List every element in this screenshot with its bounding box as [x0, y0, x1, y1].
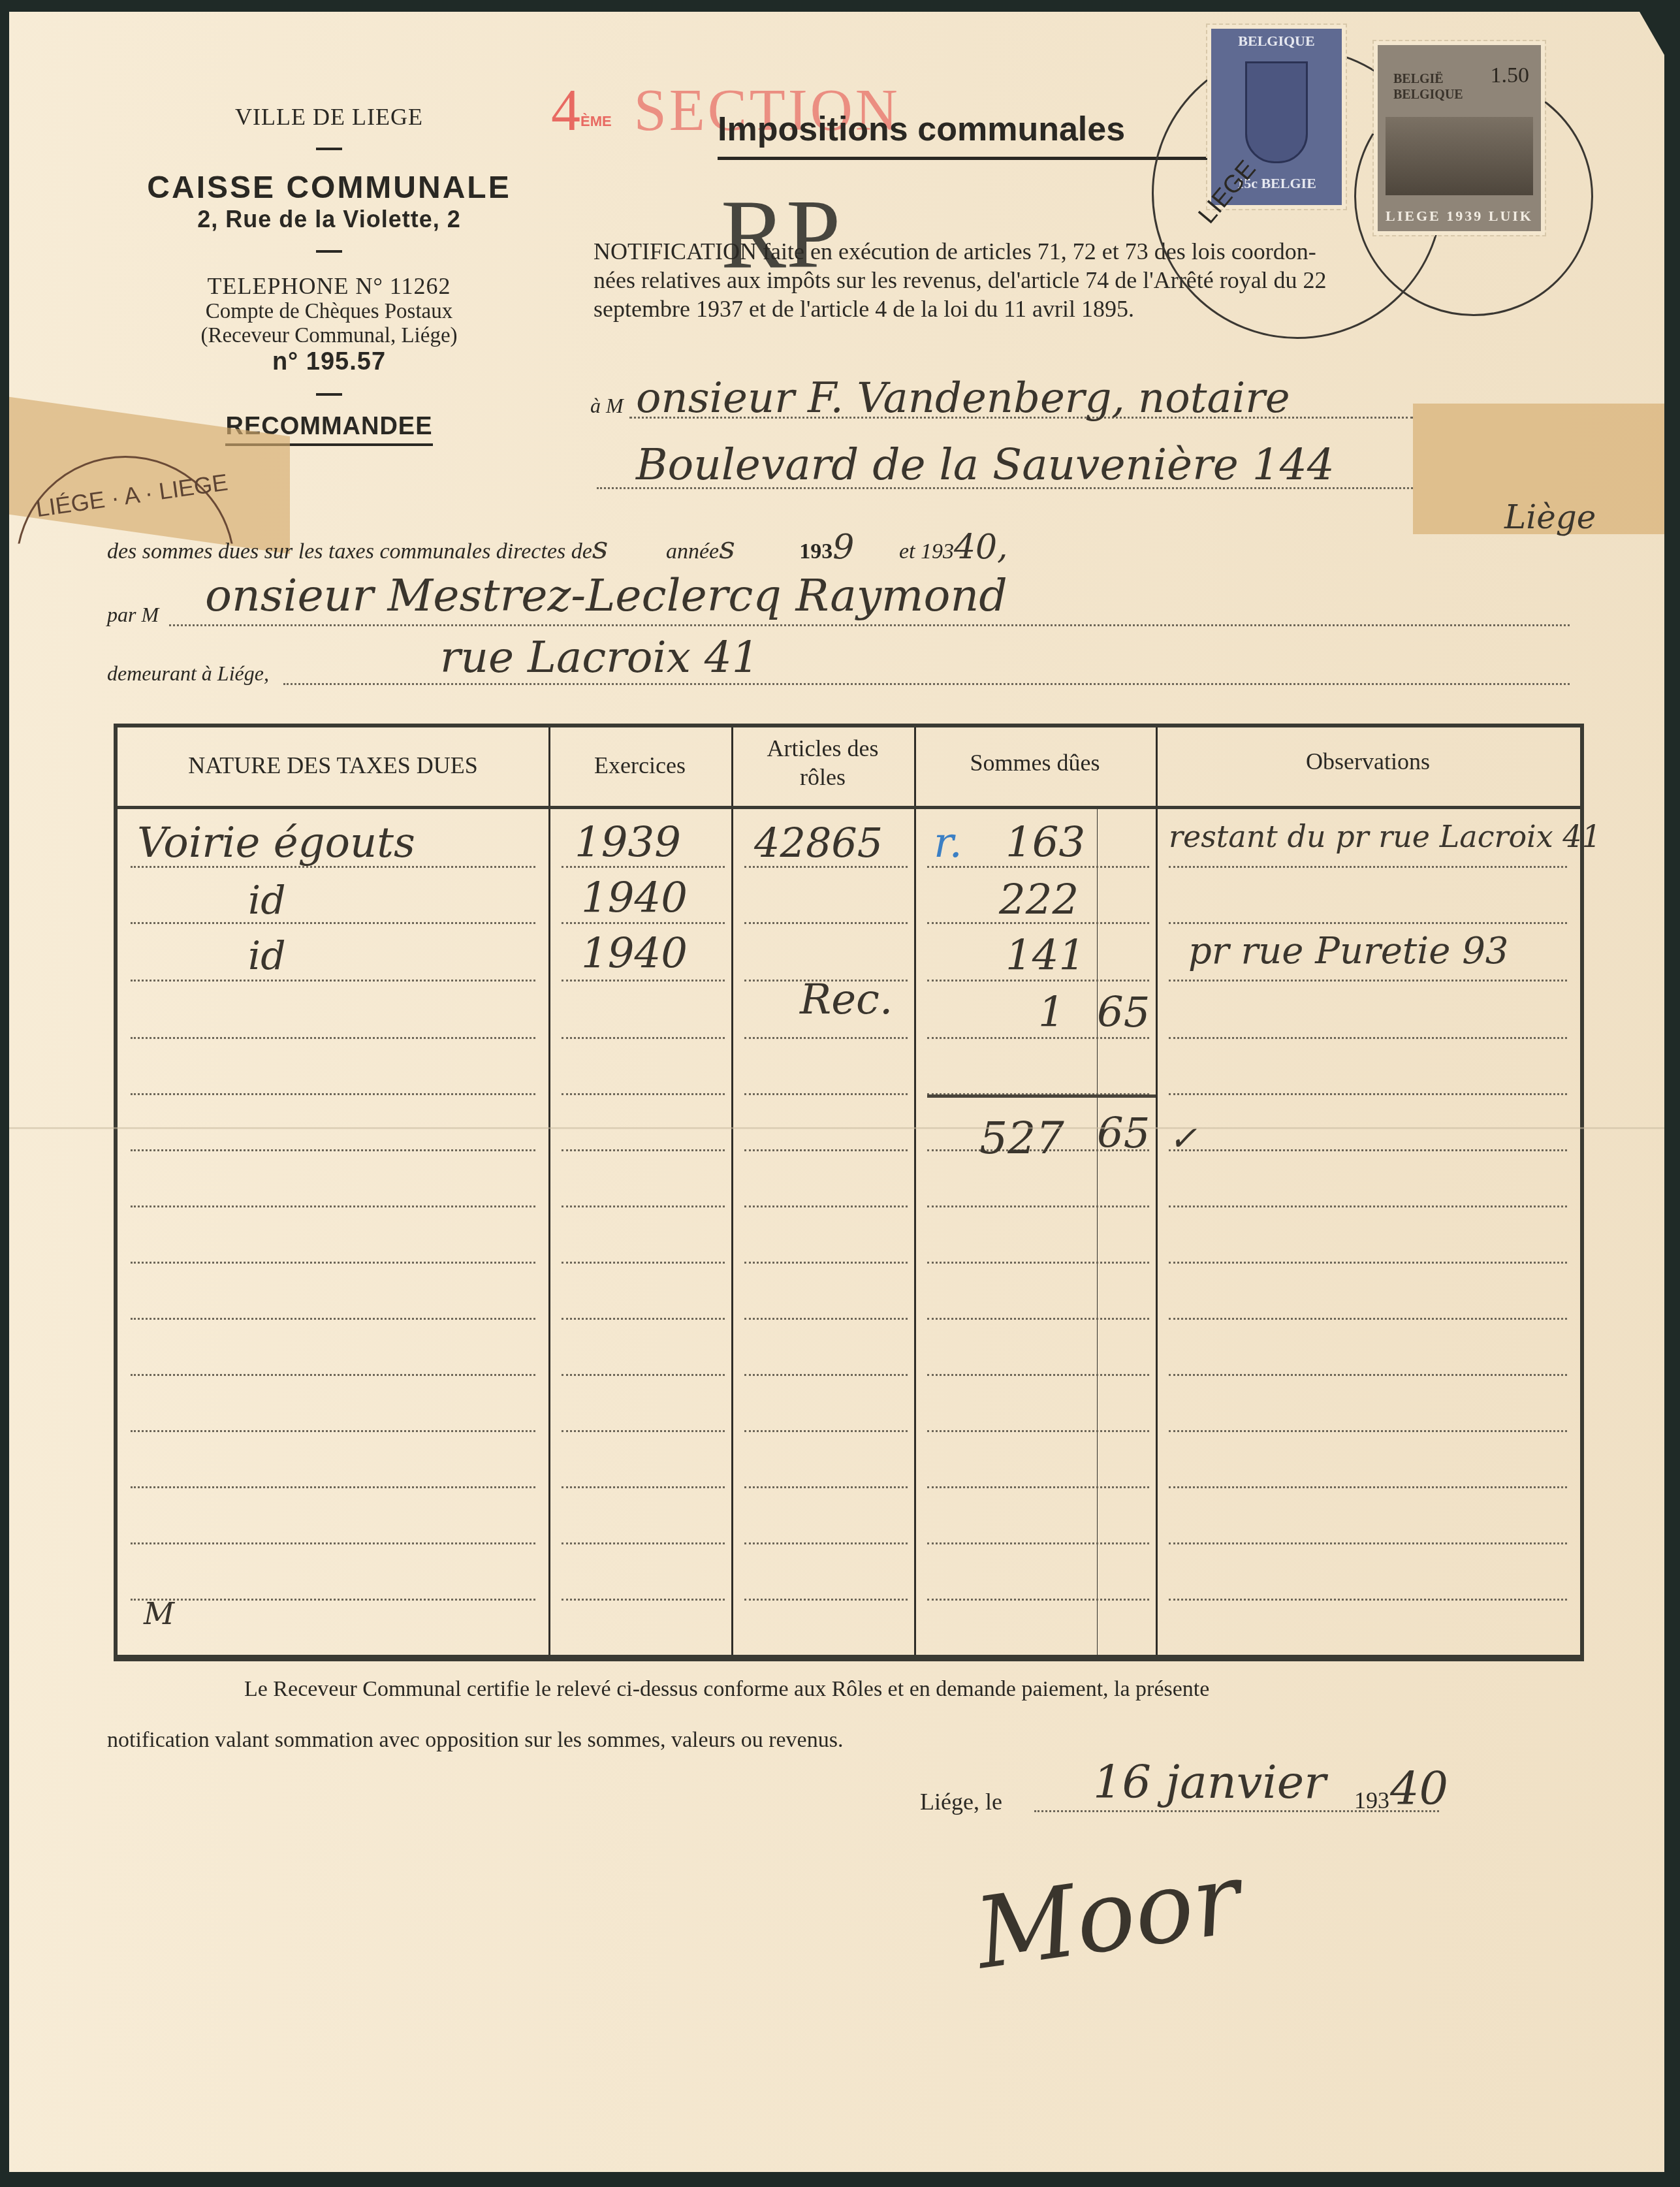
divider [316, 148, 342, 150]
row-line [1169, 1262, 1567, 1264]
debtor-label: par M [107, 603, 159, 627]
cell-exercice: 1939 [575, 819, 681, 867]
row-line [927, 1486, 1149, 1488]
stamp-value: 1.50 [1491, 63, 1530, 88]
section-number: 4 [551, 78, 580, 143]
row-line [562, 1430, 725, 1432]
fold-crease [9, 1127, 1664, 1129]
column-divider [914, 727, 916, 1655]
account-number: n° 195.57 [101, 348, 558, 376]
cell-somme: 222 [999, 876, 1079, 925]
header-nature: NATURE DES TAXES DUES [118, 751, 548, 780]
debtor-name: onsieur Mestrez-Leclercq Raymond [205, 570, 1007, 622]
row-line [562, 1205, 725, 1207]
cell-blue-mark: r. [934, 819, 962, 867]
header-rule [118, 806, 1580, 809]
landscape-icon [1386, 117, 1533, 195]
row-line [131, 1374, 535, 1376]
row-line [131, 980, 535, 982]
row-line [131, 1037, 535, 1039]
row-line [1169, 1093, 1567, 1095]
account-holder: (Receveur Communal, Liége) [101, 324, 558, 348]
header-sommes: Sommes dûes [914, 748, 1156, 777]
row-line [1169, 1599, 1567, 1601]
recipient-city: Liège [1504, 498, 1596, 536]
divider [316, 250, 342, 253]
date-year-hand: 40 [1390, 1762, 1448, 1815]
header-articles: Articles des rôles [748, 734, 898, 791]
row-line [562, 980, 725, 982]
row-line [744, 1542, 908, 1544]
row-line [562, 1542, 725, 1544]
row-line [1169, 866, 1567, 868]
place-label: Liége, le [920, 1788, 1002, 1815]
cell-somme: 141 [1006, 932, 1085, 980]
row-line [1169, 1205, 1567, 1207]
total-somme: 527 [979, 1113, 1064, 1164]
row-line [1169, 1149, 1567, 1151]
header-observations: Observations [1156, 747, 1580, 776]
issuer-header: VILLE DE LIEGE CAISSE COMMUNALE 2, Rue d… [101, 103, 558, 446]
row-line [131, 1599, 535, 1601]
stamp-country: BELGIQUE [1211, 33, 1342, 50]
row-line [927, 1262, 1149, 1264]
total-rule [927, 1094, 1156, 1098]
cell-exercice: 1940 [581, 930, 688, 978]
row-line [131, 1149, 535, 1151]
row-line [927, 1374, 1149, 1376]
sums-line: des sommes dues sur les taxes communales… [107, 528, 1008, 567]
debtor-line [169, 624, 1570, 626]
row-line [562, 1599, 725, 1601]
row-line [131, 1093, 535, 1095]
section-superscript: ÈME [580, 113, 612, 129]
divider [316, 393, 342, 396]
row-line [1169, 1318, 1567, 1320]
row-line [744, 1430, 908, 1432]
cell-nature: Voirie égouts [137, 819, 415, 867]
row-line [744, 1374, 908, 1376]
cell-article: 42865 [754, 819, 883, 867]
row-line [562, 1149, 725, 1151]
row-line [927, 1430, 1149, 1432]
row-line [744, 1486, 908, 1488]
office-name: CAISSE COMMUNALE [101, 170, 558, 206]
row-line [927, 1037, 1149, 1039]
residence-line [283, 683, 1570, 685]
row-line [131, 1262, 535, 1264]
row-line [744, 1599, 908, 1601]
row-line [131, 1205, 535, 1207]
row-line [562, 1093, 725, 1095]
cell-somme: 1 [1038, 989, 1065, 1037]
cell-somme: 163 [1006, 819, 1085, 867]
cents-divider [1097, 807, 1098, 1655]
row-line [927, 1542, 1149, 1544]
row-line [744, 1037, 908, 1039]
taxes-table: NATURE DES TAXES DUES Exercices Articles… [114, 724, 1584, 1661]
recipient-name: onsieur F. Vandenberg, notaire [636, 374, 1290, 423]
debtor-residence: rue Lacroix 41 [440, 632, 759, 682]
row-line [1169, 1374, 1567, 1376]
account-label: Compte de Chèques Postaux [101, 300, 558, 324]
column-divider [548, 727, 550, 1655]
cell-cents: 65 [1097, 989, 1150, 1037]
total-cents: 65 [1097, 1109, 1150, 1158]
cell-exercice: 1940 [581, 874, 688, 923]
stamp-country: BELGIËBELGIQUE [1393, 71, 1463, 103]
coat-of-arms-icon [1245, 61, 1308, 163]
total-check-icon: ✓ [1169, 1119, 1197, 1158]
header-exercices: Exercices [548, 751, 731, 780]
row-line [562, 1318, 725, 1320]
row-line [1169, 1037, 1567, 1039]
recipient-address: Boulevard de la Sauvenière 144 [636, 439, 1335, 490]
signature: Moor [969, 1842, 1247, 1992]
row-line [1169, 922, 1567, 924]
postage-stamp-150: BELGIËBELGIQUE 1.50 LIEGE 1939 LUIK [1374, 41, 1545, 235]
cell-nature: id [248, 933, 286, 979]
row-line [562, 1486, 725, 1488]
cell-observation: restant du pr rue Lacroix 41 [1169, 819, 1601, 854]
row-line [131, 1318, 535, 1320]
column-divider [1156, 727, 1158, 1655]
date-year-prefix: 193 [1354, 1787, 1389, 1814]
row-line [744, 1318, 908, 1320]
row-line [131, 922, 535, 924]
cell-article: Rec. [800, 976, 893, 1024]
row-line [1169, 1486, 1567, 1488]
row-line [744, 1262, 908, 1264]
column-divider [731, 727, 733, 1655]
certification-line-1: Le Receveur Communal certifie le relevé … [244, 1677, 1209, 1702]
stamp-caption: LIEGE 1939 LUIK [1378, 208, 1541, 225]
date-handwritten: 16 janvier [1093, 1755, 1326, 1809]
row-line [1169, 1542, 1567, 1544]
row-line [744, 922, 908, 924]
row-line [744, 1093, 908, 1095]
office-address: 2, Rue de la Violette, 2 [101, 206, 558, 233]
row-line [131, 1486, 535, 1488]
residence-label: demeurant à Liége, [107, 662, 269, 686]
cell-nature: id [248, 878, 286, 923]
row-line [1169, 980, 1567, 982]
recipient-label: à M [590, 394, 624, 418]
document-paper: VILLE DE LIEGE CAISSE COMMUNALE 2, Rue d… [9, 12, 1664, 2172]
cell-observation: pr rue Puretie 93 [1188, 930, 1508, 972]
row-line [131, 1430, 535, 1432]
row-line [1169, 1430, 1567, 1432]
corner-initials: M [144, 1596, 174, 1631]
row-line [927, 1318, 1149, 1320]
row-line [562, 1037, 725, 1039]
row-line [562, 1262, 725, 1264]
city-name: VILLE DE LIEGE [101, 103, 558, 131]
telephone: TELEPHONE N° 11262 [101, 272, 558, 300]
row-line [744, 1149, 908, 1151]
row-line [927, 1599, 1149, 1601]
row-line [131, 1542, 535, 1544]
certification-line-2: notification valant sommation avec oppos… [107, 1728, 843, 1753]
row-line [562, 1374, 725, 1376]
row-line [927, 1205, 1149, 1207]
row-line [744, 1205, 908, 1207]
